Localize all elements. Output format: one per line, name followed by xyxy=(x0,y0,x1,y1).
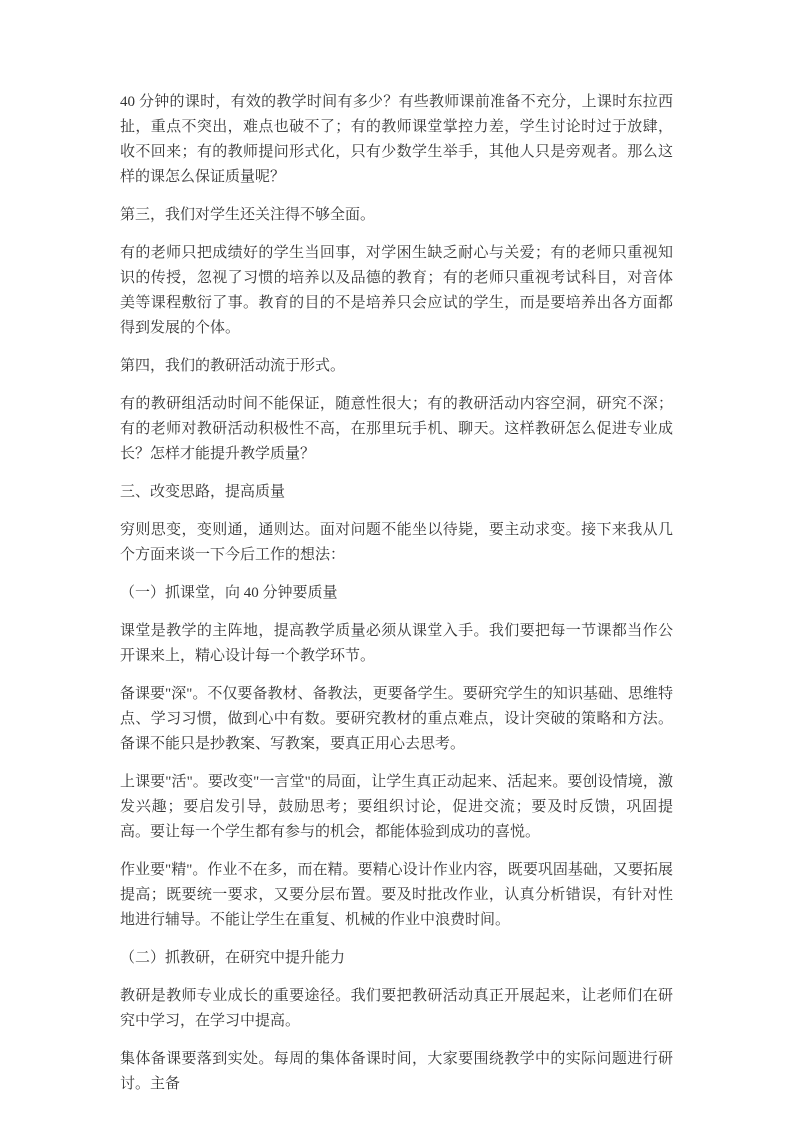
paragraph-change-mindset: 穷则思变，变则通，通则达。面对问题不能坐以待毙，要主动求变。接下来我从几个方面来… xyxy=(120,518,673,568)
paragraph-group-prep: 集体备课要落到实处。每周的集体备课时间，大家要围绕教学中的实际问题进行研讨。主备 xyxy=(120,1047,673,1097)
document-page: 40 分钟的课时，有效的教学时间有多少？有些教师课前准备不充分，上课时东拉西扯，… xyxy=(0,0,793,1122)
section-heading-three: 三、改变思路，提高质量 xyxy=(120,480,673,505)
subsection-heading-one: （一）抓课堂，向 40 分钟要质量 xyxy=(120,581,673,606)
paragraph-classroom-main: 课堂是教学的主阵地，提高教学质量必须从课堂入手。我们要把每一节课都当作公开课来上… xyxy=(120,619,673,669)
paragraph-research-formal: 有的教研组活动时间不能保证，随意性很大；有的教研活动内容空洞，研究不深；有的老师… xyxy=(120,392,673,467)
paragraph-class-time: 40 分钟的课时，有效的教学时间有多少？有些教师课前准备不充分，上课时东拉西扯，… xyxy=(120,90,673,190)
paragraph-lesson-prep-deep: 备课要"深"。不仅要备教材、备教法，更要备学生。要研究学生的知识基础、思维特点、… xyxy=(120,682,673,757)
heading-problem-third: 第三，我们对学生还关注得不够全面。 xyxy=(120,203,673,228)
subsection-heading-two: （二）抓教研，在研究中提升能力 xyxy=(120,946,673,971)
paragraph-teaching-lively: 上课要"活"。要改变"一言堂"的局面，让学生真正动起来、活起来。要创设情境，激发… xyxy=(120,770,673,845)
heading-problem-fourth: 第四，我们的教研活动流于形式。 xyxy=(120,354,673,379)
paragraph-research-growth: 教研是教师专业成长的重要途径。我们要把教研活动真正开展起来，让老师们在研究中学习… xyxy=(120,984,673,1034)
paragraph-student-attention: 有的老师只把成绩好的学生当回事，对学困生缺乏耐心与关爱；有的老师只重视知识的传授… xyxy=(120,241,673,341)
paragraph-homework-refined: 作业要"精"。作业不在多，而在精。要精心设计作业内容，既要巩固基础，又要拓展提高… xyxy=(120,858,673,933)
